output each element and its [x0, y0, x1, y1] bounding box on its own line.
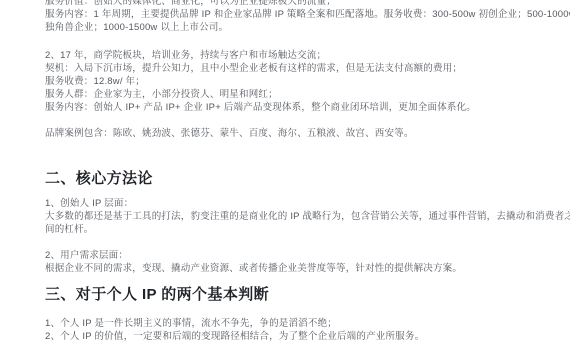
text-line: 1、个人 IP 是一件长期主义的事情，流水不争先，争的是滔滔不绝；	[45, 317, 545, 330]
text-line: 间的杠杆。	[45, 223, 545, 236]
text-line: 2、17 年，商学院板块，培训业务，持续与客户和市场触达交流；	[45, 49, 545, 62]
text-line: 1、创始人 IP 层面：	[45, 197, 545, 210]
text-line: 2、用户需求层面：	[45, 249, 545, 262]
section-heading-methodology: 二、核心方法论	[45, 170, 545, 188]
text-line: 服务收费：12.8w/ 年；	[45, 75, 545, 88]
text-line: 服务内容：1 年周期，主要提供品牌 IP 和企业家品牌 IP 策略全案和匹配落地…	[45, 8, 545, 21]
section-heading-personal-ip-judgments: 三、对于个人 IP 的两个基本判断	[45, 286, 545, 304]
text-line: 2、个人 IP 的价值，一定要和后端的变现路径相结合，为了整个企业后端的产业所服…	[45, 330, 545, 343]
paragraph-business-school: 2、17 年，商学院板块，培训业务，持续与客户和市场触达交流； 契机：入局下沉市…	[45, 49, 545, 114]
text-line: 根据企业不同的需求，变现、撬动产业资源、或者传播企业美誉度等等，针对性的提供解决…	[45, 262, 545, 275]
text-line: 服务人群：企业家为主，小部分投资人、明星和网红；	[45, 88, 545, 101]
text-line: 独角兽企业；1000-1500w 以上上市公司。	[45, 21, 545, 34]
text-line: 品牌案例包含：陈欧、姚劲波、张德芬、蒙牛、百度、海尔、五粮液、故宫、西安等。	[45, 127, 545, 140]
text-line: 服务价值：创始人的媒体化、商业化，可以为企业提炼极大的流量；	[45, 0, 545, 8]
paragraph-founder-ip-level: 1、创始人 IP 层面： 大多数的都还是基于工具的打法，豹变注重的是商业化的 I…	[45, 197, 545, 236]
text-line: 契机：入局下沉市场，提升公知力，且中小型企业老板有这样的需求，但是无法支付高额的…	[45, 62, 545, 75]
text-line: 服务内容：创始人 IP+ 产品 IP+ 企业 IP+ 后端产品变现体系，整个商业…	[45, 101, 545, 114]
text-line: 大多数的都还是基于工具的打法，豹变注重的是商业化的 IP 战略行为，包含营销公关…	[45, 210, 545, 223]
paragraph-services-brand-ip: 服务价值：创始人的媒体化、商业化，可以为企业提炼极大的流量； 服务内容：1 年周…	[45, 0, 545, 34]
paragraph-brand-cases: 品牌案例包含：陈欧、姚劲波、张德芬、蒙牛、百度、海尔、五粮液、故宫、西安等。	[45, 127, 545, 140]
paragraph-user-demand-level: 2、用户需求层面： 根据企业不同的需求，变现、撬动产业资源、或者传播企业美誉度等…	[45, 249, 545, 275]
document-page: 服务价值：创始人的媒体化、商业化，可以为企业提炼极大的流量； 服务内容：1 年周…	[0, 0, 570, 360]
paragraph-two-judgments: 1、个人 IP 是一件长期主义的事情，流水不争先，争的是滔滔不绝； 2、个人 I…	[45, 317, 545, 343]
